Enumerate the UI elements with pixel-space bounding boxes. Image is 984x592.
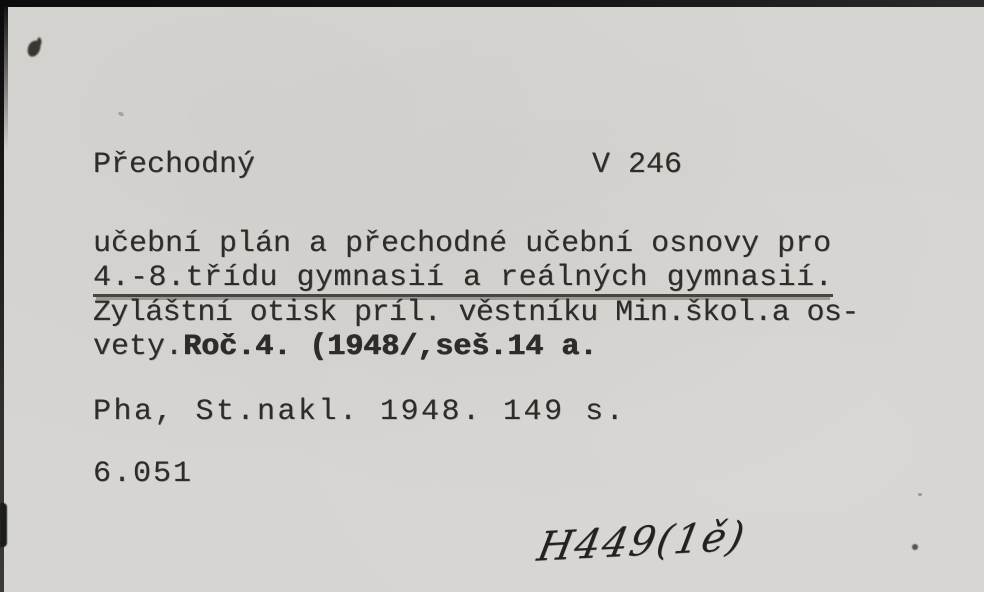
note-line-2-normal: vety.	[93, 330, 183, 364]
scan-edge-left-blob-bottom	[0, 503, 7, 547]
note-line-2: vety.Roč.4. (1948/,seš.14 a.	[93, 332, 597, 362]
scan-edge-top	[0, 0, 984, 7]
title-line-1: učební plán a přechodné učební osnovy pr…	[93, 229, 831, 259]
handwritten-note: H449(1ě)	[534, 516, 749, 567]
catalog-card-scan: Přechodný V 246 učební plán a přechodné …	[0, 0, 984, 592]
card-heading: Přechodný	[93, 150, 255, 180]
paper-speck	[912, 544, 918, 550]
card-reference-number: V 246	[592, 150, 682, 180]
title-line-2: 4.-8.třídu gymnasií a reálných gymnasií.	[93, 263, 833, 297]
underlined-title-text: 4.-8.třídu gymnasií a reálných gymnasií.	[93, 263, 833, 297]
note-line-1: Zyláštní otisk príl. věstníku Min.škol.a…	[93, 298, 859, 328]
imprint-line: Pha, St.nakl. 1948. 149 s.	[93, 397, 626, 427]
note-line-2-bold: Roč.4. (1948/,seš.14 a.	[183, 330, 597, 364]
paper-speck	[918, 493, 922, 496]
ink-blot	[26, 39, 43, 59]
classification-number: 6.051	[93, 459, 193, 489]
scan-edge-left-blob-top	[0, 0, 8, 150]
paper-speck	[117, 111, 124, 117]
